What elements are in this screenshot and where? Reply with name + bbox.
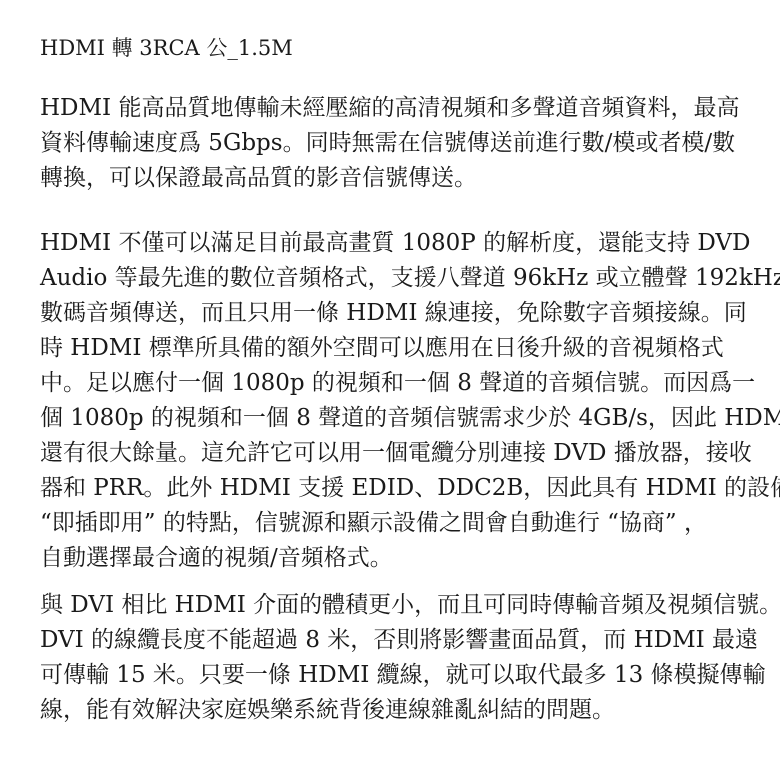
text-line: Audio 等最先進的數位音頻格式，支援八聲道 96kHz 或立體聲 192kH… <box>40 261 780 296</box>
text-line: “即插即用” 的特點，信號源和顯示設備之間會自動進行 “協商” ， <box>40 506 780 541</box>
text-line: 個 1080p 的視頻和一個 8 聲道的音頻信號需求少於 4GB/s，因此 HD… <box>40 401 780 436</box>
text-line: DVI 的線纜長度不能超過 8 米，否則將影響畫面品質，而 HDMI 最遠 <box>40 623 780 658</box>
text-line: HDMI 能高品質地傳輸未經壓縮的高清視頻和多聲道音頻資料，最高 <box>40 91 739 126</box>
text-line: 轉換，可以保證最高品質的影音信號傳送。 <box>40 161 739 196</box>
text-line: 資料傳輸速度爲 5Gbps。同時無需在信號傳送前進行數/模或者模/數 <box>40 126 739 161</box>
text-line: 數碼音頻傳送，而且只用一條 HDMI 線連接，免除數字音頻接線。同 <box>40 296 780 331</box>
paragraph-dvi-comparison: 與 DVI 相比 HDMI 介面的體積更小，而且可同時傳輸音頻及視頻信號。 DV… <box>40 588 780 728</box>
text-line: 與 DVI 相比 HDMI 介面的體積更小，而且可同時傳輸音頻及視頻信號。 <box>40 588 780 623</box>
text-line: 時 HDMI 標準所具備的額外空間可以應用在日後升級的音視頻格式 <box>40 331 780 366</box>
text-line: 還有很大餘量。這允許它可以用一個電纜分別連接 DVD 播放器，接收 <box>40 436 780 471</box>
text-line: 可傳輸 15 米。只要一條 HDMI 纜線，就可以取代最多 13 條模擬傳輸 <box>40 658 780 693</box>
text-line: 線，能有效解決家庭娛樂系統背後連線雜亂糾結的問題。 <box>40 693 780 728</box>
text-line: 中。足以應付一個 1080p 的視頻和一個 8 聲道的音頻信號。而因爲一 <box>40 366 780 401</box>
text-line: 器和 PRR。此外 HDMI 支援 EDID、DDC2B，因此具有 HDMI 的… <box>40 471 780 506</box>
product-title: HDMI 轉 3RCA 公_1.5M <box>40 34 293 62</box>
text-line: HDMI 不僅可以滿足目前最高畫質 1080P 的解析度，還能支持 DVD <box>40 226 780 261</box>
paragraph-hdmi-features: HDMI 不僅可以滿足目前最高畫質 1080P 的解析度，還能支持 DVD Au… <box>40 226 780 576</box>
text-line: 自動選擇最合適的視頻/音頻格式。 <box>40 541 780 576</box>
paragraph-hdmi-quality: HDMI 能高品質地傳輸未經壓縮的高清視頻和多聲道音頻資料，最高 資料傳輸速度爲… <box>40 91 739 196</box>
